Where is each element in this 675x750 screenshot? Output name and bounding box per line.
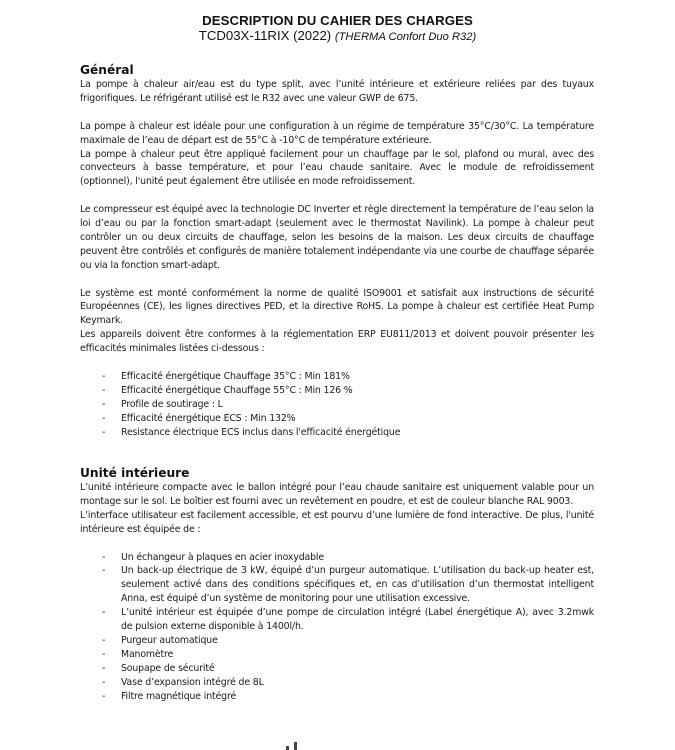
paragraph: La pompe à chaleur air/eau est du type s…	[80, 78, 594, 106]
bullet-dash: -	[102, 412, 105, 426]
bullet-dash: -	[102, 398, 105, 412]
list-item-text: Profile de soutirage : L	[121, 399, 223, 410]
bullet-dash: -	[102, 564, 105, 578]
list-item: -Resistance électrique ECS inclus dans l…	[80, 426, 594, 440]
list-item: -Purgeur automatique	[80, 634, 594, 648]
paragraph: L’unité intérieure compacte avec le ball…	[80, 481, 594, 509]
list-item-text: Vase d’expansion intégré de 8L	[121, 677, 264, 688]
paragraph: La pompe à chaleur est idéale pour une c…	[80, 120, 594, 148]
bullet-dash: -	[102, 606, 105, 620]
list-item: -Profile de soutirage : L	[80, 398, 594, 412]
list-item-text: Purgeur automatique	[121, 635, 218, 646]
section-heading-general: Général	[80, 63, 594, 78]
list-item: -L’unité intérieur est équipée d’une pom…	[80, 606, 594, 634]
paragraph: Le système est monté conformément la nor…	[80, 287, 594, 329]
list-item-text: L’unité intérieur est équipée d’une pomp…	[121, 607, 594, 632]
list-item: -Un échangeur à plaques en acier inoxyda…	[80, 551, 594, 565]
list-item: -Efficacité énergétique Chauffage 55°C :…	[80, 384, 594, 398]
bullet-dash: -	[102, 690, 105, 704]
list-item: -Vase d’expansion intégré de 8L	[80, 676, 594, 690]
cropped-logo-fragment	[286, 742, 300, 750]
list-item-text: Efficacité énergétique Chauffage 55°C : …	[121, 385, 353, 396]
list-item-text: Soupape de sécurité	[121, 663, 215, 674]
list-item: -Efficacité énergétique ECS : Min 132%	[80, 412, 594, 426]
bullet-dash: -	[102, 662, 105, 676]
efficiency-list: -Efficacité énergétique Chauffage 35°C :…	[80, 370, 594, 440]
list-item-text: Resistance électrique ECS inclus dans l'…	[121, 427, 400, 438]
bullet-dash: -	[102, 551, 105, 565]
paragraph: L’interface utilisateur est facilement a…	[80, 509, 594, 537]
bullet-dash: -	[102, 370, 105, 384]
paragraph: La pompe à chaleur peut être appliqué fa…	[80, 148, 594, 190]
document-subtitle: TCD03X-11RIX (2022) (THERMA Confort Duo …	[0, 28, 675, 43]
product-name: (THERMA Confort Duo R32)	[335, 31, 476, 43]
section-general: Général La pompe à chaleur air/eau est d…	[80, 63, 594, 440]
bullet-dash: -	[102, 634, 105, 648]
bullet-dash: -	[102, 648, 105, 662]
document-page: DESCRIPTION DU CAHIER DES CHARGES TCD03X…	[0, 0, 675, 750]
list-item: -Manomètre	[80, 648, 594, 662]
list-item-text: Filtre magnétique intégré	[121, 691, 236, 702]
bullet-dash: -	[102, 426, 105, 440]
list-item-text: Manomètre	[121, 649, 173, 660]
equipment-list: -Un échangeur à plaques en acier inoxyda…	[80, 551, 594, 704]
document-title: DESCRIPTION DU CAHIER DES CHARGES	[0, 13, 675, 28]
model-number: TCD03X-11RIX (2022)	[199, 28, 331, 43]
list-item-text: Un échangeur à plaques en acier inoxydab…	[121, 552, 324, 563]
list-item: -Efficacité énergétique Chauffage 35°C :…	[80, 370, 594, 384]
list-item: -Filtre magnétique intégré	[80, 690, 594, 704]
bullet-dash: -	[102, 384, 105, 398]
list-item-text: Efficacité énergétique ECS : Min 132%	[121, 413, 295, 424]
bullet-dash: -	[102, 676, 105, 690]
list-item-text: Un back-up électrique de 3 kW, équipé d’…	[121, 565, 594, 604]
list-item-text: Efficacité énergétique Chauffage 35°C : …	[121, 371, 350, 382]
list-item: -Un back-up électrique de 3 kW, équipé d…	[80, 564, 594, 606]
list-item: -Soupape de sécurité	[80, 662, 594, 676]
section-heading-indoor-unit: Unité intérieure	[80, 466, 594, 481]
section-indoor-unit: Unité intérieure L’unité intérieure comp…	[80, 466, 594, 703]
paragraph: Les appareils doivent être conformes à l…	[80, 328, 594, 356]
paragraph: Le compresseur est équipé avec la techno…	[80, 203, 594, 273]
